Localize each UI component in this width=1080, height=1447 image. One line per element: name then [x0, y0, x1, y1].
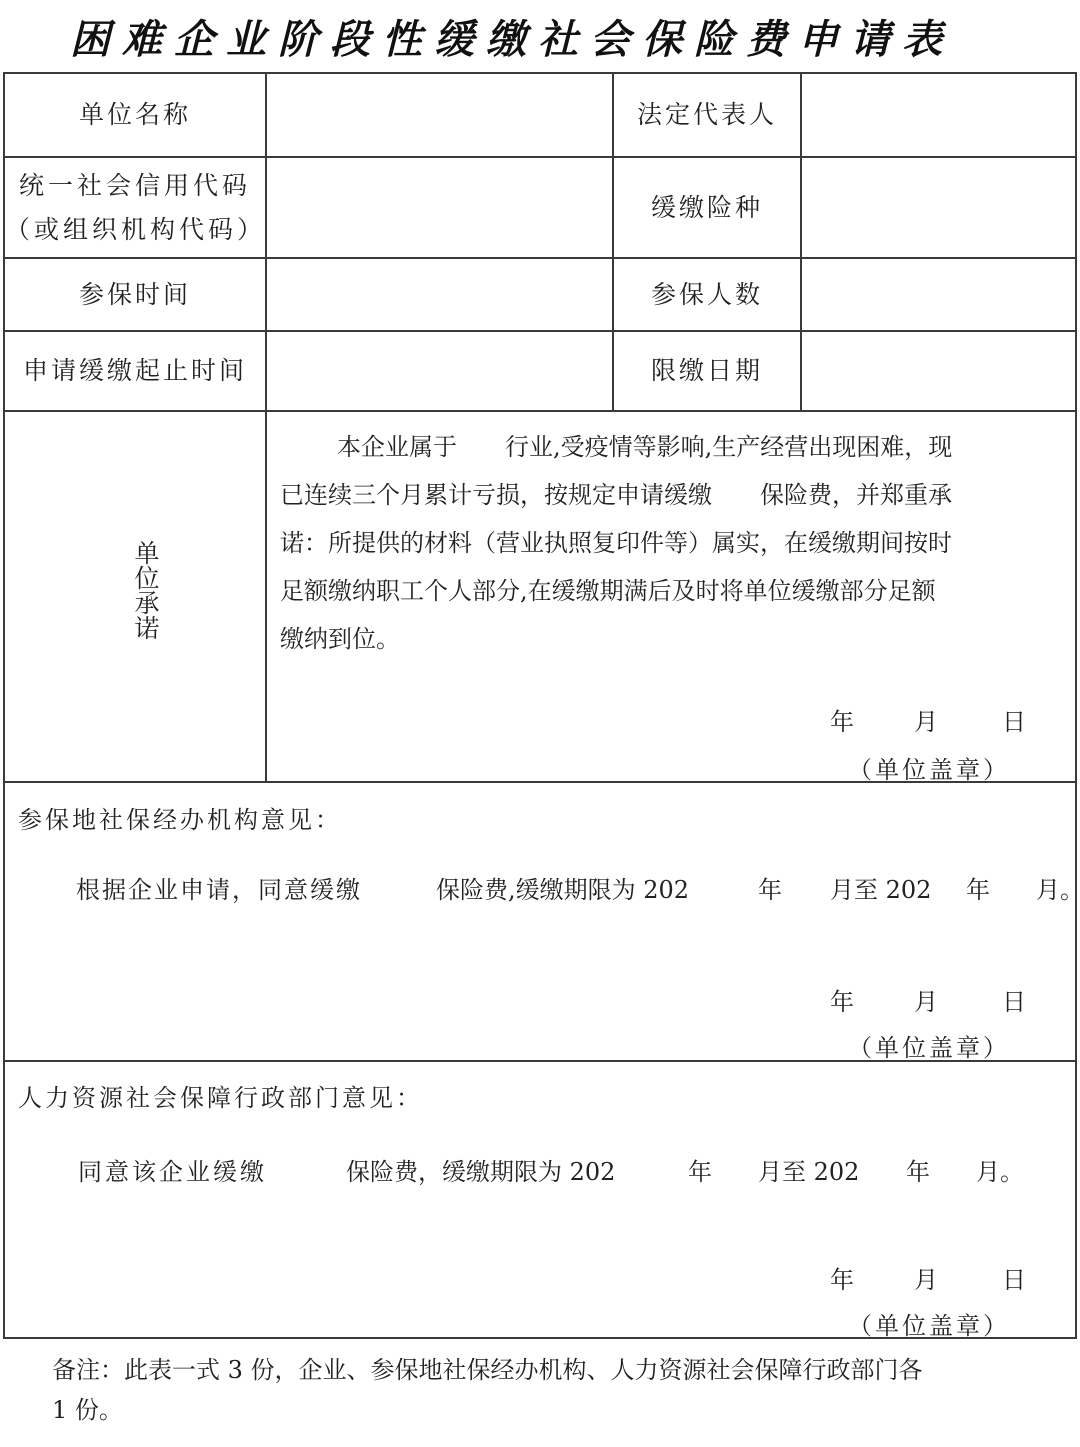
commitment-date-day: 日 [1002, 702, 1026, 737]
commitment-line-2: 已连续三个月累计亏损，按规定申请缓缴 保险费，并郑重承 [280, 471, 1070, 519]
footnote: 备注：此表一式 3 份，企业、参保地社保经办机构、人力资源社会保障行政部门各 1… [52, 1350, 1052, 1430]
commitment-label: 单位承诺 [110, 540, 160, 640]
hr-text-part-2: 保险费，缓缴期限为 202 [346, 1152, 615, 1187]
hr-text-part-1: 同意该企业缓缴 [78, 1152, 267, 1187]
form-title: 困难企业阶段性缓缴社会保险费申请表 [70, 12, 970, 68]
hr-text-part-4: 月至 202 [758, 1152, 859, 1187]
credit-code-label-line2: （或组织机构代码） [5, 208, 265, 252]
ss-date-day: 日 [1002, 982, 1026, 1017]
legal-rep-label: 法定代表人 [614, 74, 800, 156]
commitment-line-5: 缴纳到位。 [280, 615, 1070, 663]
social-security-opinion-text: 根据企业申请，同意缓缴 保险费,缓缴期限为 202 年 月至 202 年 月。 [0, 870, 1080, 902]
commitment-seal: （单位盖章） [848, 750, 1010, 785]
insurance-type-label: 缓缴险种 [614, 158, 800, 257]
hr-text-part-5: 年 [906, 1152, 930, 1187]
hr-date-month: 月 [914, 1260, 938, 1295]
insured-since-input[interactable] [268, 259, 612, 330]
hr-date-year: 年 [830, 1260, 854, 1295]
hr-text-part-3: 年 [688, 1152, 712, 1187]
commitment-line-3: 诺：所提供的材料（营业执照复印件等）属实，在缓缴期间按时 [280, 519, 1070, 567]
payment-deadline-label: 限缴日期 [614, 332, 800, 410]
insured-count-label: 参保人数 [614, 259, 800, 330]
insurance-type-input[interactable] [803, 158, 1075, 257]
commitment-date: 年 月 日 [0, 702, 1080, 734]
hr-date-day: 日 [1002, 1260, 1026, 1295]
hr-opinion-heading: 人力资源社会保障行政部门意见： [18, 1078, 423, 1113]
commitment-date-month: 月 [914, 702, 938, 737]
deferral-period-label: 申请缓缴起止时间 [5, 332, 265, 410]
unit-name-input[interactable] [268, 74, 612, 156]
credit-code-label-line1: 统一社会信用代码 [19, 164, 251, 208]
hr-opinion-text: 同意该企业缓缴 保险费，缓缴期限为 202 年 月至 202 年 月。 [0, 1152, 1080, 1184]
social-security-opinion-seal: （单位盖章） [848, 1028, 1010, 1063]
credit-code-input[interactable] [268, 158, 612, 257]
legal-rep-input[interactable] [803, 74, 1075, 156]
ss-text-part-3: 年 [758, 870, 782, 905]
ss-text-part-1: 根据企业申请，同意缓缴 [76, 870, 362, 905]
hr-opinion-seal: （单位盖章） [848, 1306, 1010, 1341]
insured-count-input[interactable] [803, 259, 1075, 330]
commitment-date-year: 年 [830, 702, 854, 737]
col-divider-1 [265, 72, 267, 782]
hr-text-part-6: 月。 [976, 1152, 1024, 1187]
insured-since-label: 参保时间 [5, 259, 265, 330]
ss-text-part-4: 月至 202 [830, 870, 931, 905]
footnote-line-1: 备注：此表一式 3 份，企业、参保地社保经办机构、人力资源社会保障行政部门各 [52, 1350, 1052, 1390]
col-divider-3 [800, 72, 802, 412]
payment-deadline-input[interactable] [803, 332, 1075, 410]
ss-text-part-6: 月。 [1036, 870, 1080, 905]
deferral-period-input[interactable] [268, 332, 612, 410]
ss-date-month: 月 [914, 982, 938, 1017]
unit-name-label: 单位名称 [5, 74, 265, 156]
footnote-line-2: 1 份。 [52, 1390, 1052, 1430]
social-security-opinion-date: 年 月 日 [0, 982, 1080, 1014]
row-divider-4 [3, 410, 1077, 412]
hr-opinion-date: 年 月 日 [0, 1260, 1080, 1292]
ss-text-part-5: 年 [966, 870, 990, 905]
commitment-line-1: 本企业属于 行业,受疫情等影响,生产经营出现困难，现 [280, 423, 1070, 471]
commitment-line-4: 足额缴纳职工个人部分,在缓缴期满后及时将单位缓缴部分足额 [280, 567, 1070, 615]
social-security-opinion-heading: 参保地社保经办机构意见： [18, 800, 342, 835]
ss-date-year: 年 [830, 982, 854, 1017]
credit-code-label: 统一社会信用代码 （或组织机构代码） [5, 158, 265, 257]
commitment-paragraph: 本企业属于 行业,受疫情等影响,生产经营出现困难，现 已连续三个月累计亏损，按规… [280, 423, 1070, 663]
ss-text-part-2: 保险费,缓缴期限为 202 [436, 870, 689, 905]
